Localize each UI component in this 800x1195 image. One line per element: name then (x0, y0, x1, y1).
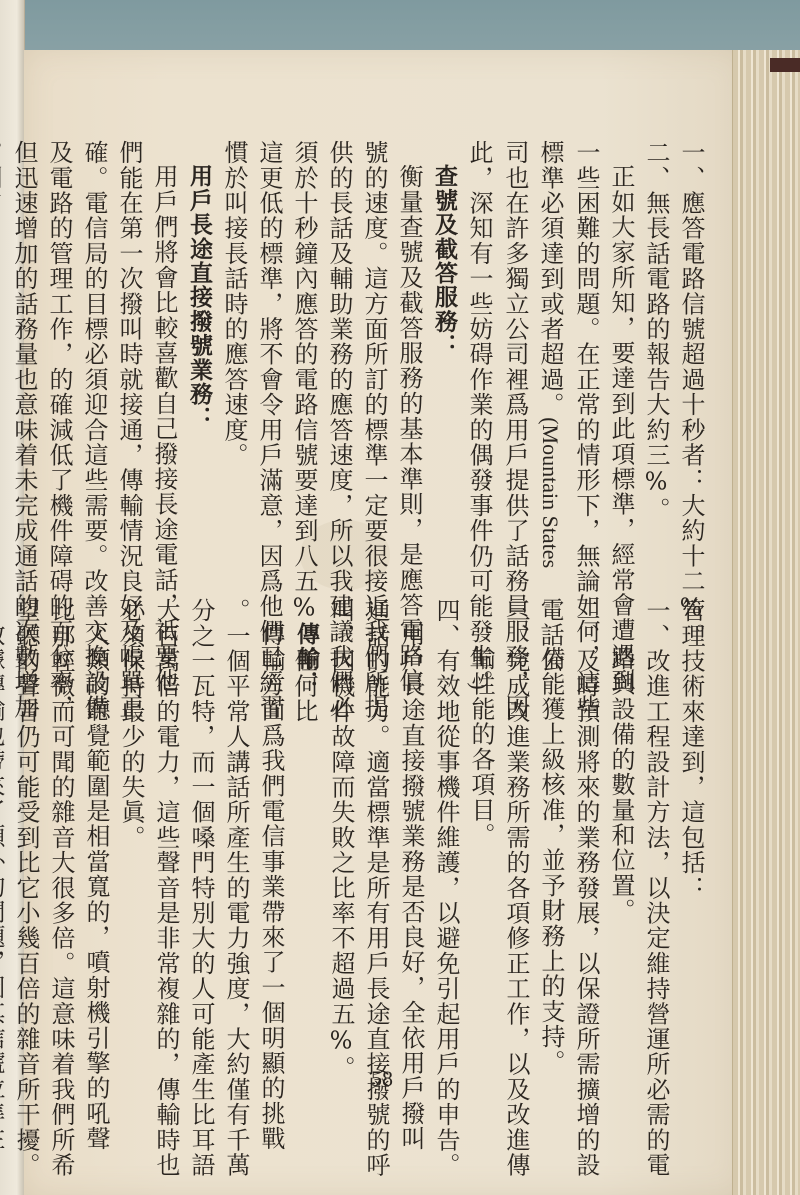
text-column: 傳輸方面爲我們電信事業帶來了一個明顯的挑戰 (253, 598, 288, 1038)
text-column: 司也在許多獨立公司裡爲用戶提供了話務員服務，因 (497, 140, 532, 610)
text-column: 們能在第一次撥叫時就接通，傳輸情況良好及帳單正 (111, 140, 146, 610)
text-column: 管理技術來達到，這包括： (673, 598, 708, 1038)
section-heading: 用戶長途直接撥號業務： (181, 140, 216, 610)
text-column: 。一個平常人講話所產生的電力強度，大約僅有千萬 (218, 598, 253, 1038)
text-column: 衡量查號及截答服務的基本準則，是應答電路信 (391, 140, 426, 610)
text-column: 通話的能力。適當標準是所有用戶長途直接撥號的呼 (358, 598, 393, 1038)
text-column: 人類的聽覺範圍是相當寬的，噴射機引擎的吼聲 (78, 598, 113, 1038)
text-column: 四、有效地從事機件維護，以避免引起用戶的申告。 (428, 598, 463, 1038)
text-column: 確。電信局的目標必須迎合這些需要。改善交換設備 (76, 140, 111, 610)
text-column: 必須保持最少的失眞。 (113, 598, 148, 1038)
text-column: 用戶長途直接撥號業務是否良好，全依用戶撥叫 (393, 598, 428, 1038)
text-block-bottom: 管理技術來達到，這包括：一、改進工程設計方法，以決定維持營運所必需的電路與設備的… (68, 598, 708, 1038)
text-column: 三、完成改進業務所需的各項修正工作，以及改進傳 (498, 598, 533, 1038)
text-column: 備能獲上級核准，並予財務上的支持。 (533, 598, 568, 1038)
text-column: 須於十秒鐘內應答的電路信號要達到八五%。任何比 (286, 140, 321, 610)
section-heading: 傳輸： (288, 598, 323, 1038)
text-column: 大百萬倍的電力，這些聲音是非常複雜的，傳輸時也 (148, 598, 183, 1038)
text-column: 二、無長話電路的報告大約三%。 (638, 140, 673, 610)
text-column: 供的長話及輔助業務的應答速度，所以我建議我們必 (321, 140, 356, 610)
text-column: 標準必須達到或者超過。(Mountain States 電話公 (532, 140, 568, 610)
book-binding (770, 58, 800, 72)
text-column: 一些困難的問題。在正常的情形下，無論如何，這些 (568, 140, 603, 610)
text-column: 比那輕微而可聞的雜音大很多倍。這意味着我們所希 (43, 598, 78, 1038)
page-stack-edges (732, 50, 800, 1195)
text-column: 及電路的管理工作，的確減低了機件障碍的百分率， (41, 140, 76, 610)
text-column: 用戶們將會比較喜歡自己撥接長途電話，祗要他 (146, 140, 181, 610)
section-heading: 查號及截答服務： (426, 140, 461, 610)
text-column: 輸性能的各項目。 (463, 598, 498, 1038)
text-column: 號的速度。這方面所訂的標準一定要很接近我們所提 (356, 140, 391, 610)
text-column: 慣於叫接長話時的應答速度。 (216, 140, 251, 610)
text-column: 二、及時預測將來的業務發展，以保證所需擴增的設 (568, 598, 603, 1038)
text-column: 。例如 Rocky Mountain Telephone Association (0, 140, 6, 610)
text-column: 此，深知有一些妨碍作業的偶發事件仍可能發生。) (461, 140, 497, 610)
text-column: 叫，因機件故障而失敗之比率不超過五%。 (323, 598, 358, 1038)
page-number: 58 (371, 1066, 393, 1092)
text-column: 這更低的標準，將不會令用戶滿意，因爲他們已經習 (251, 140, 286, 610)
text-block-top: 一、應答電路信號超過十秒者：大約十二%。二、無長話電路的報告大約三%。正如大家所… (68, 140, 708, 610)
text-column: 一、應答電路信號超過十秒者：大約十二%。 (673, 140, 708, 610)
text-column: 分之一瓦特，而一個嗓門特別大的人可能產生比耳語 (183, 598, 218, 1038)
text-column: 數據傳輸也帶來了額外的問題，因其信號位準在 (0, 598, 8, 1038)
text-column: 正如大家所知，要達到此項標準，經常會遭遇到 (603, 140, 638, 610)
text-column: 路與設備的數量和位置。 (603, 598, 638, 1038)
text-column: 一、改進工程設計方法，以決定維持營運所必需的電 (638, 598, 673, 1038)
text-column: 望聽的聲音仍可能受到比它小幾百倍的雜音所干擾。 (8, 598, 43, 1038)
text-column: 但迅速增加的話務量也意味着未完成通話的次數增加 (6, 140, 41, 610)
